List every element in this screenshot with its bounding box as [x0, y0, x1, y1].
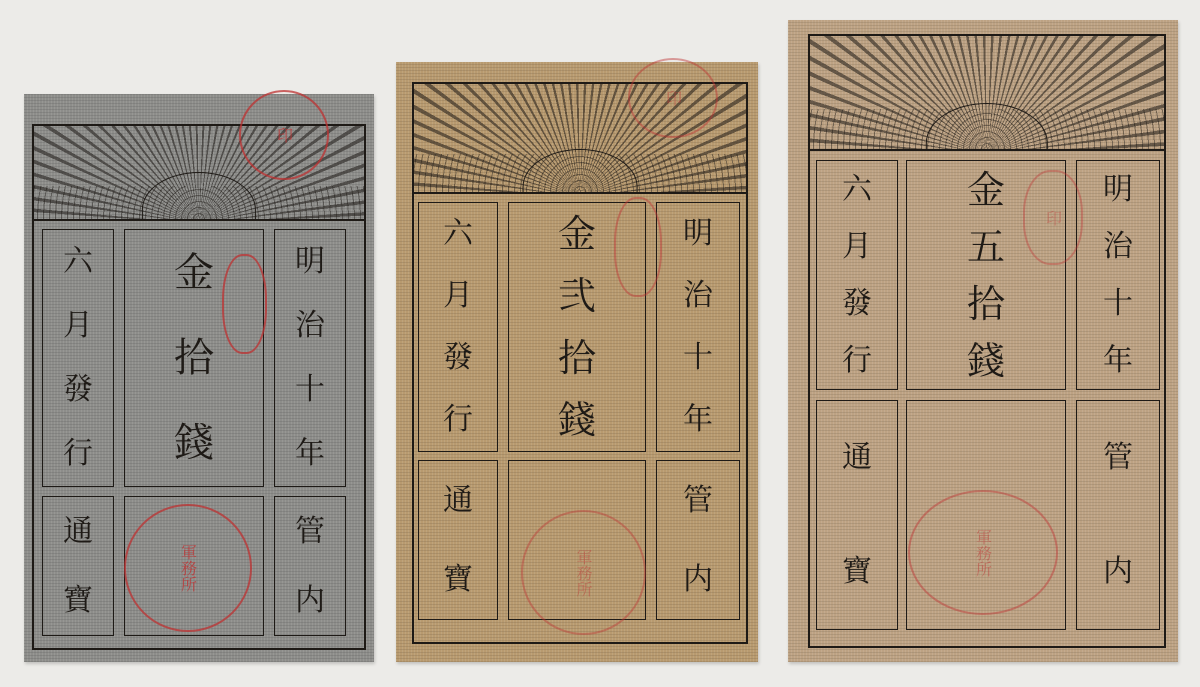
right-bottom-panel: 管内	[1076, 400, 1160, 630]
red-seal-bottom: 軍務所	[124, 504, 252, 632]
left-top-panel: 六月發行	[42, 229, 114, 487]
banknote-50-sen: 六月發行 金五拾錢 明治十年 通寶 管内 印 軍務所	[788, 20, 1178, 662]
left-top-panel: 六月發行	[418, 202, 498, 452]
rising-sun-vignette	[810, 36, 1164, 151]
right-bottom-panel: 管内	[656, 460, 740, 620]
right-bottom-panel: 管内	[274, 496, 346, 636]
left-top-panel: 六月發行	[816, 160, 898, 390]
red-seal-top: 印	[628, 58, 718, 138]
right-top-panel: 明治十年	[656, 202, 740, 452]
right-top-panel: 明治十年	[274, 229, 346, 487]
red-seal-middle	[614, 197, 662, 297]
left-bottom-panel: 通寶	[42, 496, 114, 636]
red-seal-top: 印	[239, 90, 329, 180]
red-seal-bottom: 軍務所	[521, 510, 646, 635]
banknote-20-sen: 六月發行 金弐拾錢 明治十年 通寶 管内 印 軍務所	[396, 62, 758, 662]
left-bottom-panel: 通寶	[816, 400, 898, 630]
left-bottom-panel: 通寶	[418, 460, 498, 620]
red-seal-middle	[222, 254, 267, 354]
right-top-panel: 明治十年	[1076, 160, 1160, 390]
banknote-10-sen: 六月發行 金拾錢 明治十年 通寶 管内 印 軍務所	[24, 94, 374, 662]
red-seal-middle: 印	[1023, 170, 1083, 265]
red-seal-bottom: 軍務所	[908, 490, 1058, 615]
